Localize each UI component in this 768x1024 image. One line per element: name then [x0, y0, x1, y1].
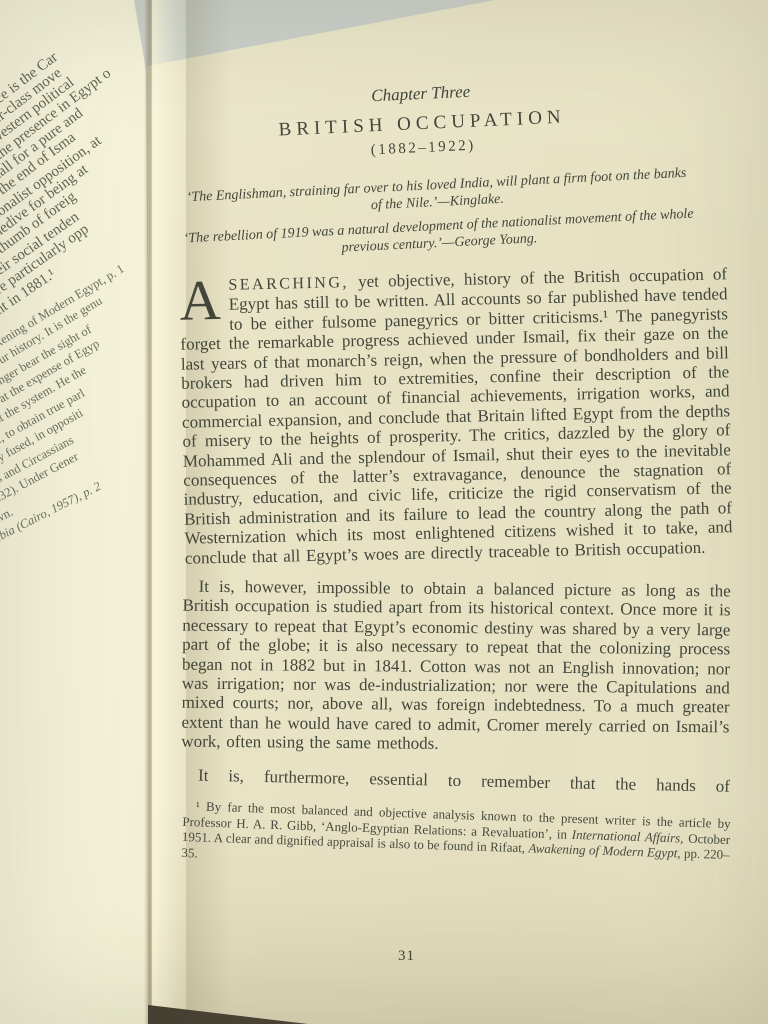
footnote: ¹ By far the most balanced and objective… — [181, 798, 731, 879]
epigraphs: ‘The Englishman, straining far over to h… — [180, 165, 695, 265]
paragraph-2: It is, however, impossible to obtain a b… — [181, 577, 731, 756]
lead-word: SEARCHING, — [228, 274, 349, 294]
page-number: 31 — [398, 948, 415, 965]
paragraph-1-text: yet objective, history of the British oc… — [180, 264, 732, 567]
paragraph-3: It is, furthermore, essential to remembe… — [182, 765, 730, 796]
book-photo: of notice is the Caran upper-class movee… — [0, 0, 768, 1024]
chapter-heading: Chapter Three BRITISH OCCUPATION (1882–1… — [181, 73, 664, 168]
paragraph-1: ASEARCHING, yet objective, history of th… — [179, 264, 733, 568]
right-page-content: Chapter Three BRITISH OCCUPATION (1882–1… — [182, 84, 730, 870]
drop-cap: A — [179, 278, 221, 325]
